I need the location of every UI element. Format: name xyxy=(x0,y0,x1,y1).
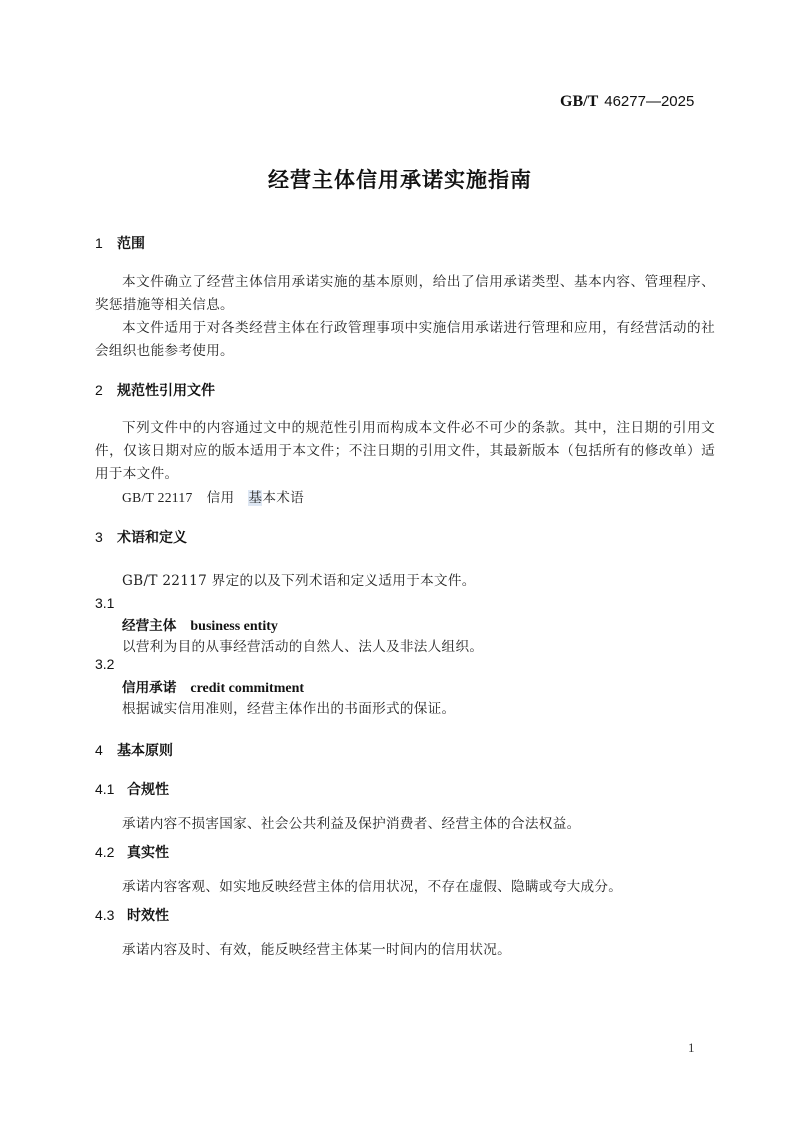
section-3-intro: GB/T 22117 界定的以及下列术语和定义适用于本文件。 xyxy=(122,569,476,589)
term-en: business entity xyxy=(190,619,278,634)
section-title: 术语和定义 xyxy=(117,530,187,546)
standard-number: 46277—2025 xyxy=(604,93,694,110)
section-title: 基本原则 xyxy=(117,743,173,759)
page-number: 1 xyxy=(688,1040,695,1056)
term-number: 3.1 xyxy=(95,595,114,611)
subsection-number: 4.2 xyxy=(95,844,127,860)
term-en: credit commitment xyxy=(190,681,304,696)
term-zh: 经营主体 xyxy=(122,618,176,634)
subsection-4-3-text: 承诺内容及时、有效，能反映经营主体某一时间内的信用状况。 xyxy=(122,938,511,958)
term-entry: 信用承诺credit commitment xyxy=(122,676,304,697)
subsection-4-1-heading: 4.1合规性 xyxy=(95,779,169,799)
section-1-paragraph-1: 本文件确立了经营主体信用承诺实施的基本原则，给出了信用承诺类型、基本内容、管理程… xyxy=(95,271,715,317)
section-3-heading: 3术语和定义 xyxy=(95,527,187,547)
reference-title-part2: 本术语 xyxy=(262,490,304,506)
section-number: 2 xyxy=(95,382,117,398)
subsection-title: 合规性 xyxy=(127,782,169,798)
subsection-4-3-heading: 4.3时效性 xyxy=(95,905,169,925)
text-selection-highlight: 基 xyxy=(248,490,262,506)
normative-reference: GB/T 22117信用基本术语 xyxy=(122,486,304,506)
section-number: 4 xyxy=(95,742,117,758)
section-2-paragraph-1: 下列文件中的内容通过文中的规范性引用而构成本文件必不可少的条款。其中，注日期的引… xyxy=(95,417,715,486)
subsection-4-2-text: 承诺内容客观、如实地反映经营主体的信用状况，不存在虚假、隐瞒或夸大成分。 xyxy=(122,875,622,895)
subsection-4-2-heading: 4.2真实性 xyxy=(95,842,169,862)
section-title: 范围 xyxy=(117,236,145,252)
term-number: 3.2 xyxy=(95,656,114,672)
document-title: 经营主体信用承诺实施指南 xyxy=(0,164,800,194)
term-definition: 以营利为目的从事经营活动的自然人、法人及非法人组织。 xyxy=(122,635,483,655)
standard-code: GB/T46277—2025 xyxy=(560,92,694,111)
section-1-heading: 1范围 xyxy=(95,233,145,253)
standard-prefix: GB/T xyxy=(560,93,598,110)
term-entry: 经营主体business entity xyxy=(122,614,278,635)
subsection-number: 4.3 xyxy=(95,907,127,923)
reference-code: GB/T 22117 xyxy=(122,490,193,505)
section-title: 规范性引用文件 xyxy=(117,383,215,399)
section-number: 3 xyxy=(95,529,117,545)
subsection-number: 4.1 xyxy=(95,781,127,797)
subsection-title: 真实性 xyxy=(127,845,169,861)
term-definition: 根据诚实信用准则，经营主体作出的书面形式的保证。 xyxy=(122,697,455,717)
section-1-paragraph-2: 本文件适用于对各类经营主体在行政管理事项中实施信用承诺进行管理和应用，有经营活动… xyxy=(95,317,715,363)
subsection-4-1-text: 承诺内容不损害国家、社会公共利益及保护消费者、经营主体的合法权益。 xyxy=(122,812,581,832)
section-number: 1 xyxy=(95,235,117,251)
subsection-title: 时效性 xyxy=(127,908,169,924)
section-2-heading: 2规范性引用文件 xyxy=(95,380,215,400)
reference-title-part1: 信用 xyxy=(207,490,235,506)
section-4-heading: 4基本原则 xyxy=(95,740,173,760)
term-zh: 信用承诺 xyxy=(122,680,176,696)
